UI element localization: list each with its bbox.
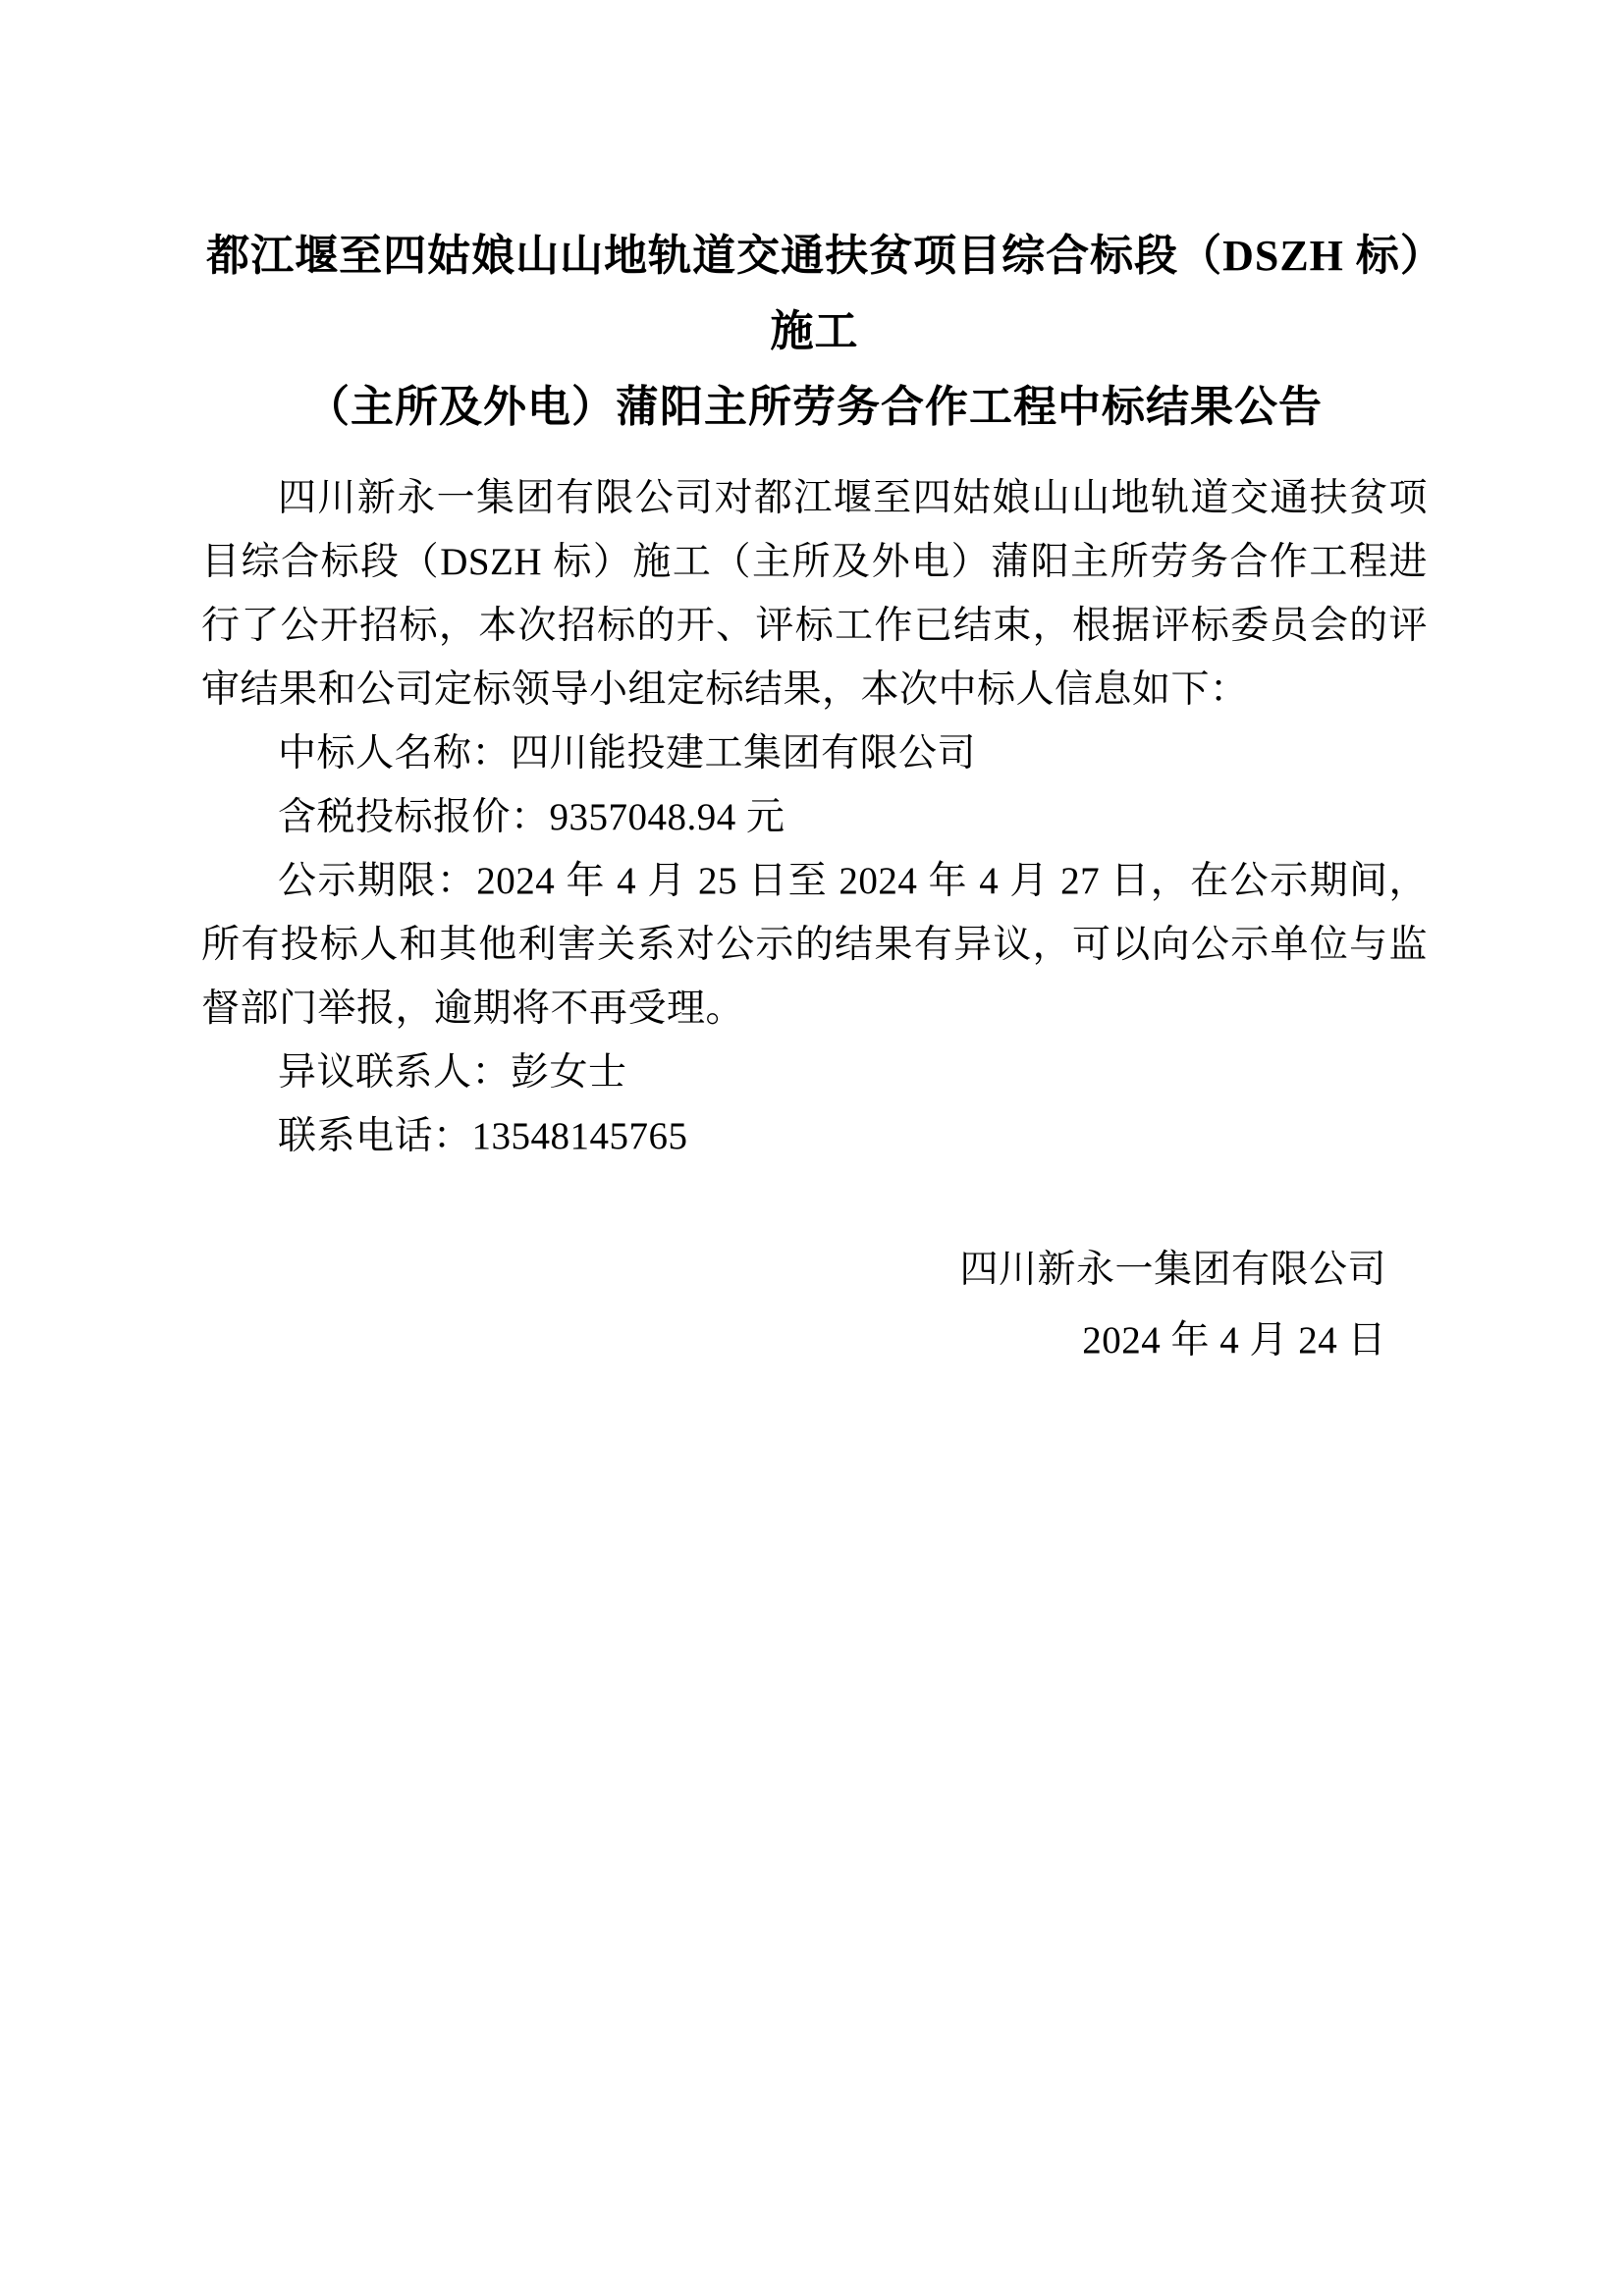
paragraph-winner-name: 中标人名称：四川能投建工集团有限公司 (201, 721, 1428, 785)
document-title: 都江堰至四姑娘山山地轨道交通扶贫项目综合标段（DSZH 标）施工 （主所及外电）… (201, 218, 1428, 445)
document-body: 四川新永一集团有限公司对都江堰至四姑娘山山地轨道交通扶贫项目综合标段（DSZH … (201, 466, 1428, 1168)
paragraph-publicity-period: 公示期限：2024 年 4 月 25 日至 2024 年 4 月 27 日，在公… (201, 849, 1428, 1041)
paragraph-intro: 四川新永一集团有限公司对都江堰至四姑娘山山地轨道交通扶贫项目综合标段（DSZH … (201, 466, 1428, 721)
paragraph-contact-phone: 联系电话：13548145765 (201, 1104, 1428, 1168)
signature-date: 2024 年 4 月 24 日 (201, 1306, 1386, 1376)
document-page: 都江堰至四姑娘山山地轨道交通扶贫项目综合标段（DSZH 标）施工 （主所及外电）… (0, 0, 1624, 2296)
signature-company: 四川新永一集团有限公司 (201, 1235, 1386, 1306)
title-line-1: 都江堰至四姑娘山山地轨道交通扶贫项目综合标段（DSZH 标）施工 (201, 218, 1428, 369)
paragraph-bid-price: 含税投标报价：9357048.94 元 (201, 785, 1428, 849)
title-line-2: （主所及外电）蒲阳主所劳务合作工程中标结果公告 (201, 369, 1428, 445)
paragraph-objection-contact: 异议联系人：彭女士 (201, 1041, 1428, 1104)
signature-block: 四川新永一集团有限公司 2024 年 4 月 24 日 (201, 1235, 1428, 1376)
